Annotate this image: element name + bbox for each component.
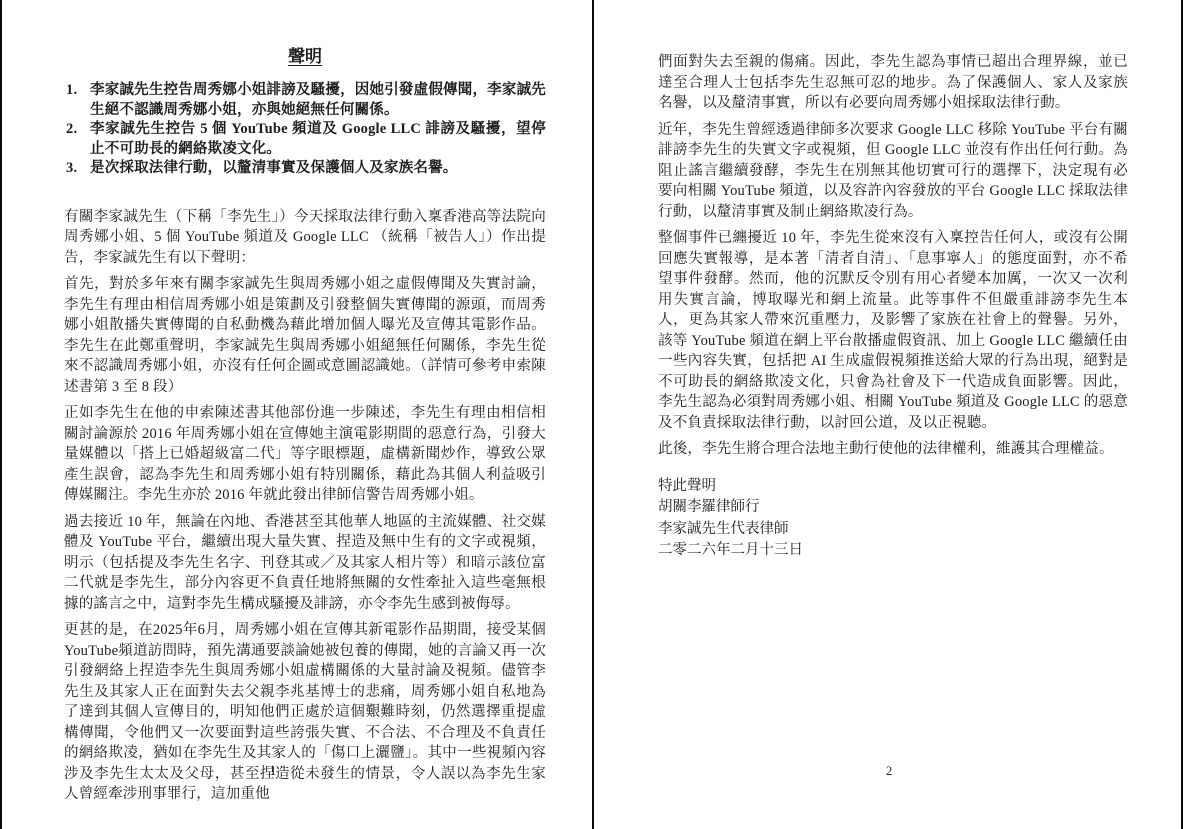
body-paragraph: 們面對失去至親的傷痛。因此，李先生認為事情已超出合理界線，並已達至合理人士包括李… (658, 52, 1128, 114)
closing-line-law-firm: 胡關李羅律師行 (658, 497, 1128, 519)
page-number: 2 (886, 764, 892, 779)
body-paragraph: 首先，對於多年來有關李家誠先生與周秀娜小姐之虛假傳聞及失實討論，李先生有理由相信… (64, 274, 546, 397)
summary-item-1: 1. 李家誠先生控告周秀娜小姐誹謗及騷擾，因她引發虛假傳聞，李家誠先生絕不認識周… (66, 81, 546, 120)
body-paragraph: 過去接近 10 年，無論在內地、香港甚至其他華人地區的主流媒體、社交媒體及 Yo… (64, 512, 546, 615)
summary-list: 1. 李家誠先生控告周秀娜小姐誹謗及騷擾，因她引發虛假傳聞，李家誠先生絕不認識周… (66, 81, 546, 179)
summary-item-text: 李家誠先生控告 5 個 YouTube 頻道及 Google LLC 誹謗及騷擾… (90, 120, 546, 159)
summary-item-text: 是次採取法律行動，以釐清事實及保護個人及家族名譽。 (90, 159, 546, 179)
body-paragraph: 此後，李先生將合理合法地主動行使他的法律權利，維護其合理權益。 (658, 439, 1128, 460)
body-paragraph: 近年，李先生曾經透過律師多次要求 Google LLC 移除 YouTube 平… (658, 120, 1128, 223)
page-number: 1 (270, 764, 276, 779)
summary-item-number: 2. (66, 120, 90, 159)
body-paragraph: 整個事件已纏擾近 10 年，李先生從來沒有入稟控告任何人，或沒有公開回應失實報導… (658, 228, 1128, 433)
body-paragraph: 正如李先生在他的申索陳述書其他部份進一步陳述，李先生有理由相信相關討論源於 20… (64, 403, 546, 506)
statement-title: 聲明 (64, 46, 546, 68)
closing-line-date: 二零二六年二月十三日 (658, 540, 1128, 562)
page-2: 們面對失去至親的傷痛。因此，李先生認為事情已超出合理界線，並已達至合理人士包括李… (594, 0, 1181, 829)
summary-item-text: 李家誠先生控告周秀娜小姐誹謗及騷擾，因她引發虛假傳聞，李家誠先生絕不認識周秀娜小… (90, 81, 546, 120)
summary-item-number: 1. (66, 81, 90, 120)
closing-block: 特此聲明 胡關李羅律師行 李家誠先生代表律師 二零二六年二月十三日 (658, 476, 1128, 562)
right-page-border (1181, 0, 1183, 829)
summary-item-number: 3. (66, 159, 90, 179)
closing-line-hereby: 特此聲明 (658, 476, 1128, 498)
summary-item-3: 3. 是次採取法律行動，以釐清事實及保護個人及家族名譽。 (66, 159, 546, 179)
body-paragraph: 有關李家誠先生（下稱「李先生」）今天採取法律行動入稟香港高等法院向周秀娜小姐、5… (64, 207, 546, 269)
page-1: 聲明 1. 李家誠先生控告周秀娜小姐誹謗及騷擾，因她引發虛假傳聞，李家誠先生絕不… (2, 0, 592, 829)
closing-line-representative: 李家誠先生代表律師 (658, 519, 1128, 541)
summary-item-2: 2. 李家誠先生控告 5 個 YouTube 頻道及 Google LLC 誹謗… (66, 120, 546, 159)
body-paragraph: 更甚的是，在2025年6月，周秀娜小姐在宣傳其新電影作品期間，接受某個YouTu… (64, 620, 546, 805)
